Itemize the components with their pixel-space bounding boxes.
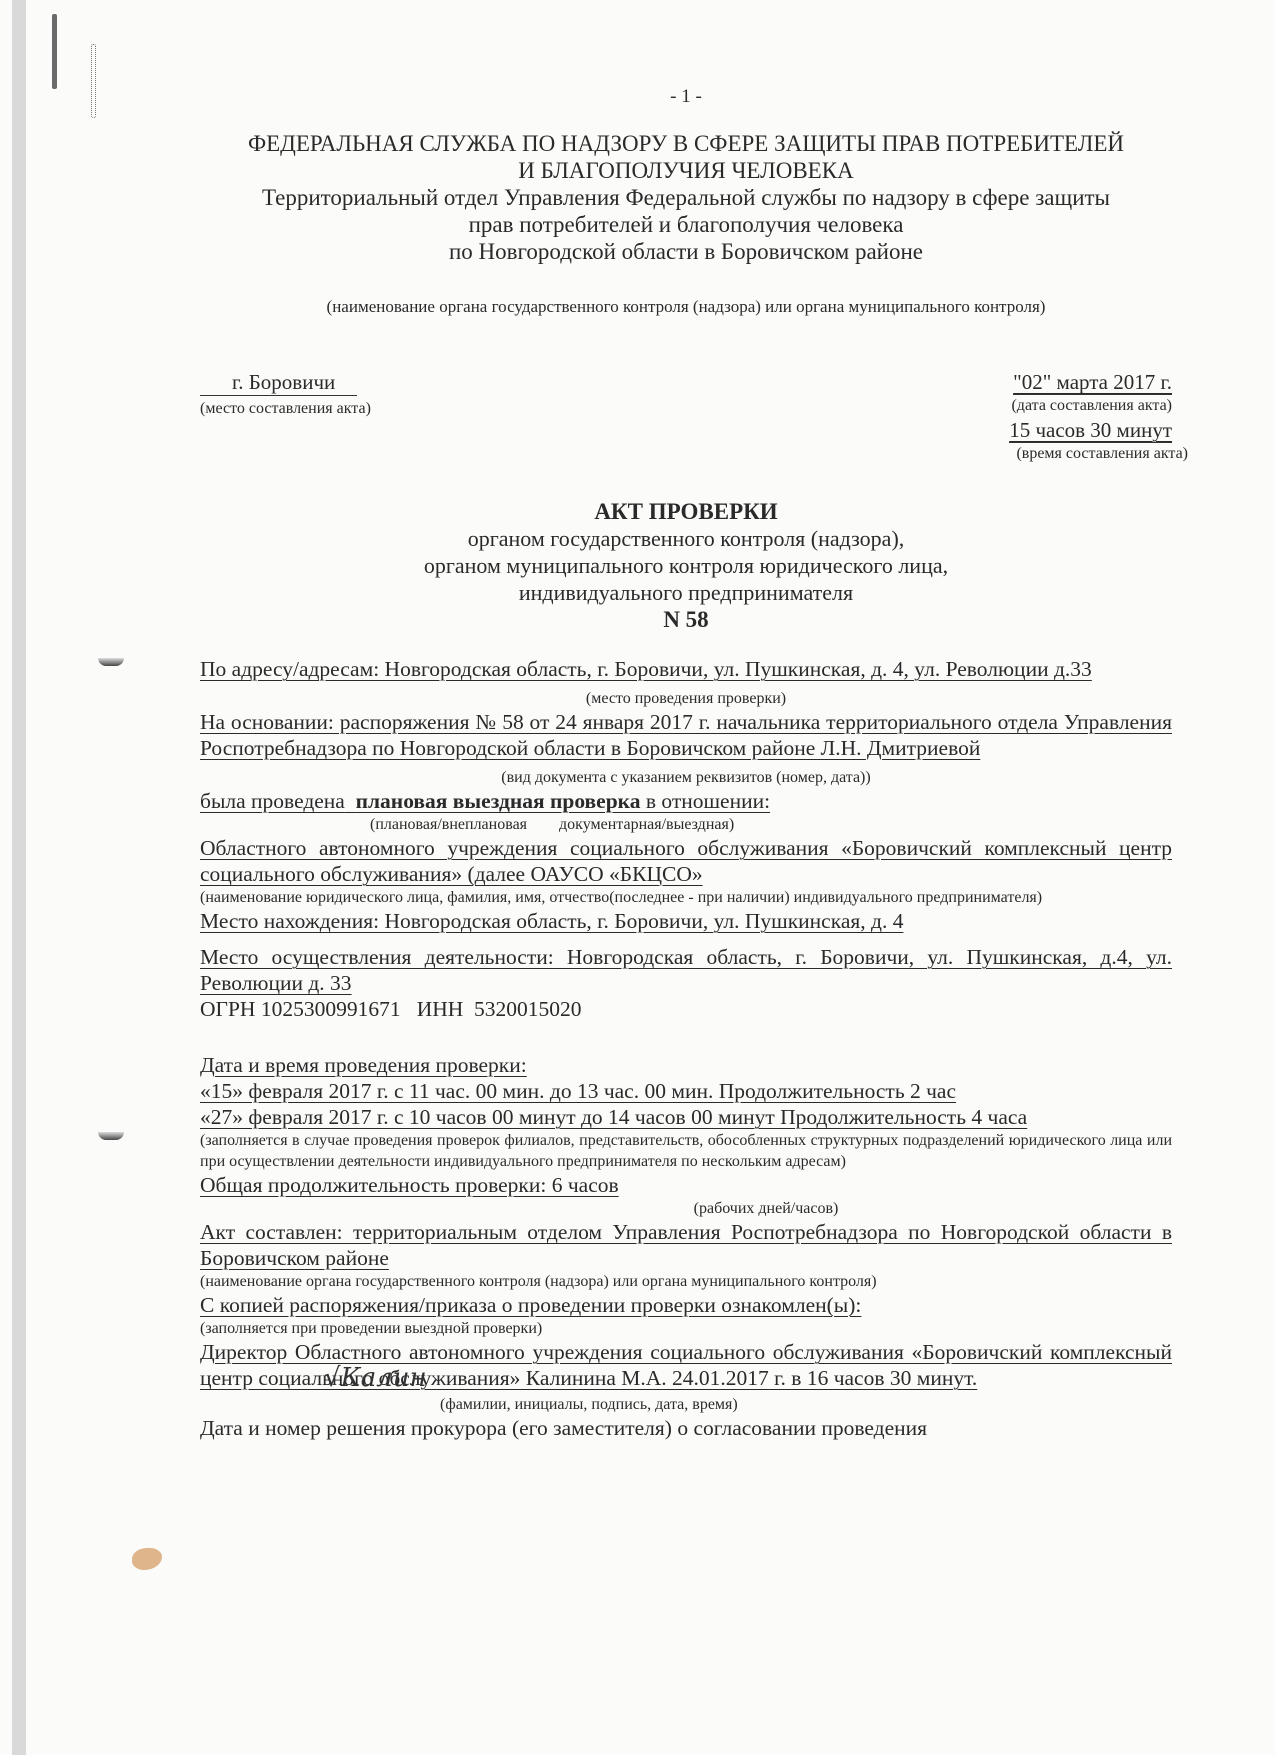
act-title: АКТ ПРОВЕРКИ органом государственного ко… xyxy=(200,498,1172,633)
place-value: г. Боровичи xyxy=(200,370,357,396)
inspection-type-note: (плановая/внеплановая документарная/выез… xyxy=(200,814,1172,835)
header-line: ФЕДЕРАЛЬНАЯ СЛУЖБА ПО НАДЗОРУ В СФЕРЕ ЗА… xyxy=(180,130,1192,157)
inspection-type-value: плановая выездная проверка xyxy=(356,789,641,813)
header-line: прав потребителей и благополучия человек… xyxy=(180,211,1192,238)
title-line: органом государственного контроля (надзо… xyxy=(200,525,1172,552)
page-number: - 1 - xyxy=(200,86,1172,108)
act-number: N 58 xyxy=(663,607,708,632)
signature: √Калин xyxy=(324,1365,427,1391)
header-line: по Новгородской области в Боровичском ра… xyxy=(180,238,1192,265)
header-line: Территориальный отдел Управления Федерал… xyxy=(180,184,1192,211)
header-note: (наименование органа государственного ко… xyxy=(200,297,1172,317)
punch-hole xyxy=(98,1132,124,1140)
title-line: органом муниципального контроля юридичес… xyxy=(200,552,1172,579)
title-line: индивидуального предпринимателя xyxy=(200,579,1172,606)
acquainted-note: (заполняется при проведении выездной про… xyxy=(200,1318,1172,1339)
activity-place: Место осуществления деятельности: Новгор… xyxy=(200,944,1172,996)
total-duration-note: (рабочих дней/часов) xyxy=(360,1198,1172,1219)
acquainted: С копией распоряжения/приказа о проведен… xyxy=(200,1292,1172,1318)
datetime-note: (заполняется в случае проведения проверо… xyxy=(200,1130,1172,1172)
total-duration: Общая продолжительность проверки: 6 часо… xyxy=(200,1172,1172,1198)
compiled-by: Акт составлен: территориальным отделом У… xyxy=(200,1219,1172,1271)
entity-name: Областного автономного учреждения социал… xyxy=(200,835,1172,887)
inspection-basis: На основании: распоряжения № 58 от 24 ян… xyxy=(200,709,1172,761)
time-label: (время составления акта) xyxy=(1009,442,1188,466)
staple-mark xyxy=(52,14,57,89)
act-body: По адресу/адресам: Новгородская область,… xyxy=(200,656,1172,1441)
scan-edge xyxy=(12,0,26,1755)
prosecutor-decision: Дата и номер решения прокурора (его заме… xyxy=(200,1415,1172,1441)
act-heading: АКТ ПРОВЕРКИ xyxy=(594,499,777,524)
ogrn-inn: ОГРН 1025300991671 ИНН 5320015020 xyxy=(200,996,1172,1022)
staple-mark xyxy=(91,44,96,118)
signature-note: (фамилии, инициалы, подпись, дата, время… xyxy=(200,1394,1172,1415)
place-label: (место составления акта) xyxy=(200,400,371,418)
agency-header: ФЕДЕРАЛЬНАЯ СЛУЖБА ПО НАДЗОРУ В СФЕРЕ ЗА… xyxy=(180,130,1192,265)
date-time-block: "02" марта 2017 г. (дата составления акт… xyxy=(1009,370,1172,466)
datetime-entry: «27» февраля 2017 г. с 10 часов 00 минут… xyxy=(200,1104,1172,1130)
time-value: 15 часов 30 минут xyxy=(1009,418,1172,443)
date-label: (дата составления акта) xyxy=(1009,394,1172,418)
place-block: г. Боровичи (место составления акта) xyxy=(200,370,371,418)
entity-note: (наименование юридического лица, фамилия… xyxy=(200,887,1172,908)
compiled-by-note: (наименование органа государственного ко… xyxy=(200,1271,1172,1292)
basis-note: (вид документа с указанием реквизитов (н… xyxy=(200,767,1172,788)
entity-location: Место нахождения: Новгородская область, … xyxy=(200,908,1172,934)
datetime-entry: «15» февраля 2017 г. с 11 час. 00 мин. д… xyxy=(200,1078,1172,1104)
punch-hole xyxy=(98,658,124,666)
header-line: И БЛАГОПОЛУЧИЯ ЧЕЛОВЕКА xyxy=(180,157,1192,184)
datetime-heading: Дата и время проведения проверки: xyxy=(200,1052,1172,1078)
address-note: (место проведения проверки) xyxy=(200,688,1172,709)
stain xyxy=(132,1548,162,1570)
inspection-address: По адресу/адресам: Новгородская область,… xyxy=(200,656,1172,682)
inspection-type: была проведена плановая выездная проверк… xyxy=(200,788,1172,814)
date-value: "02" марта 2017 г. xyxy=(1013,370,1172,395)
